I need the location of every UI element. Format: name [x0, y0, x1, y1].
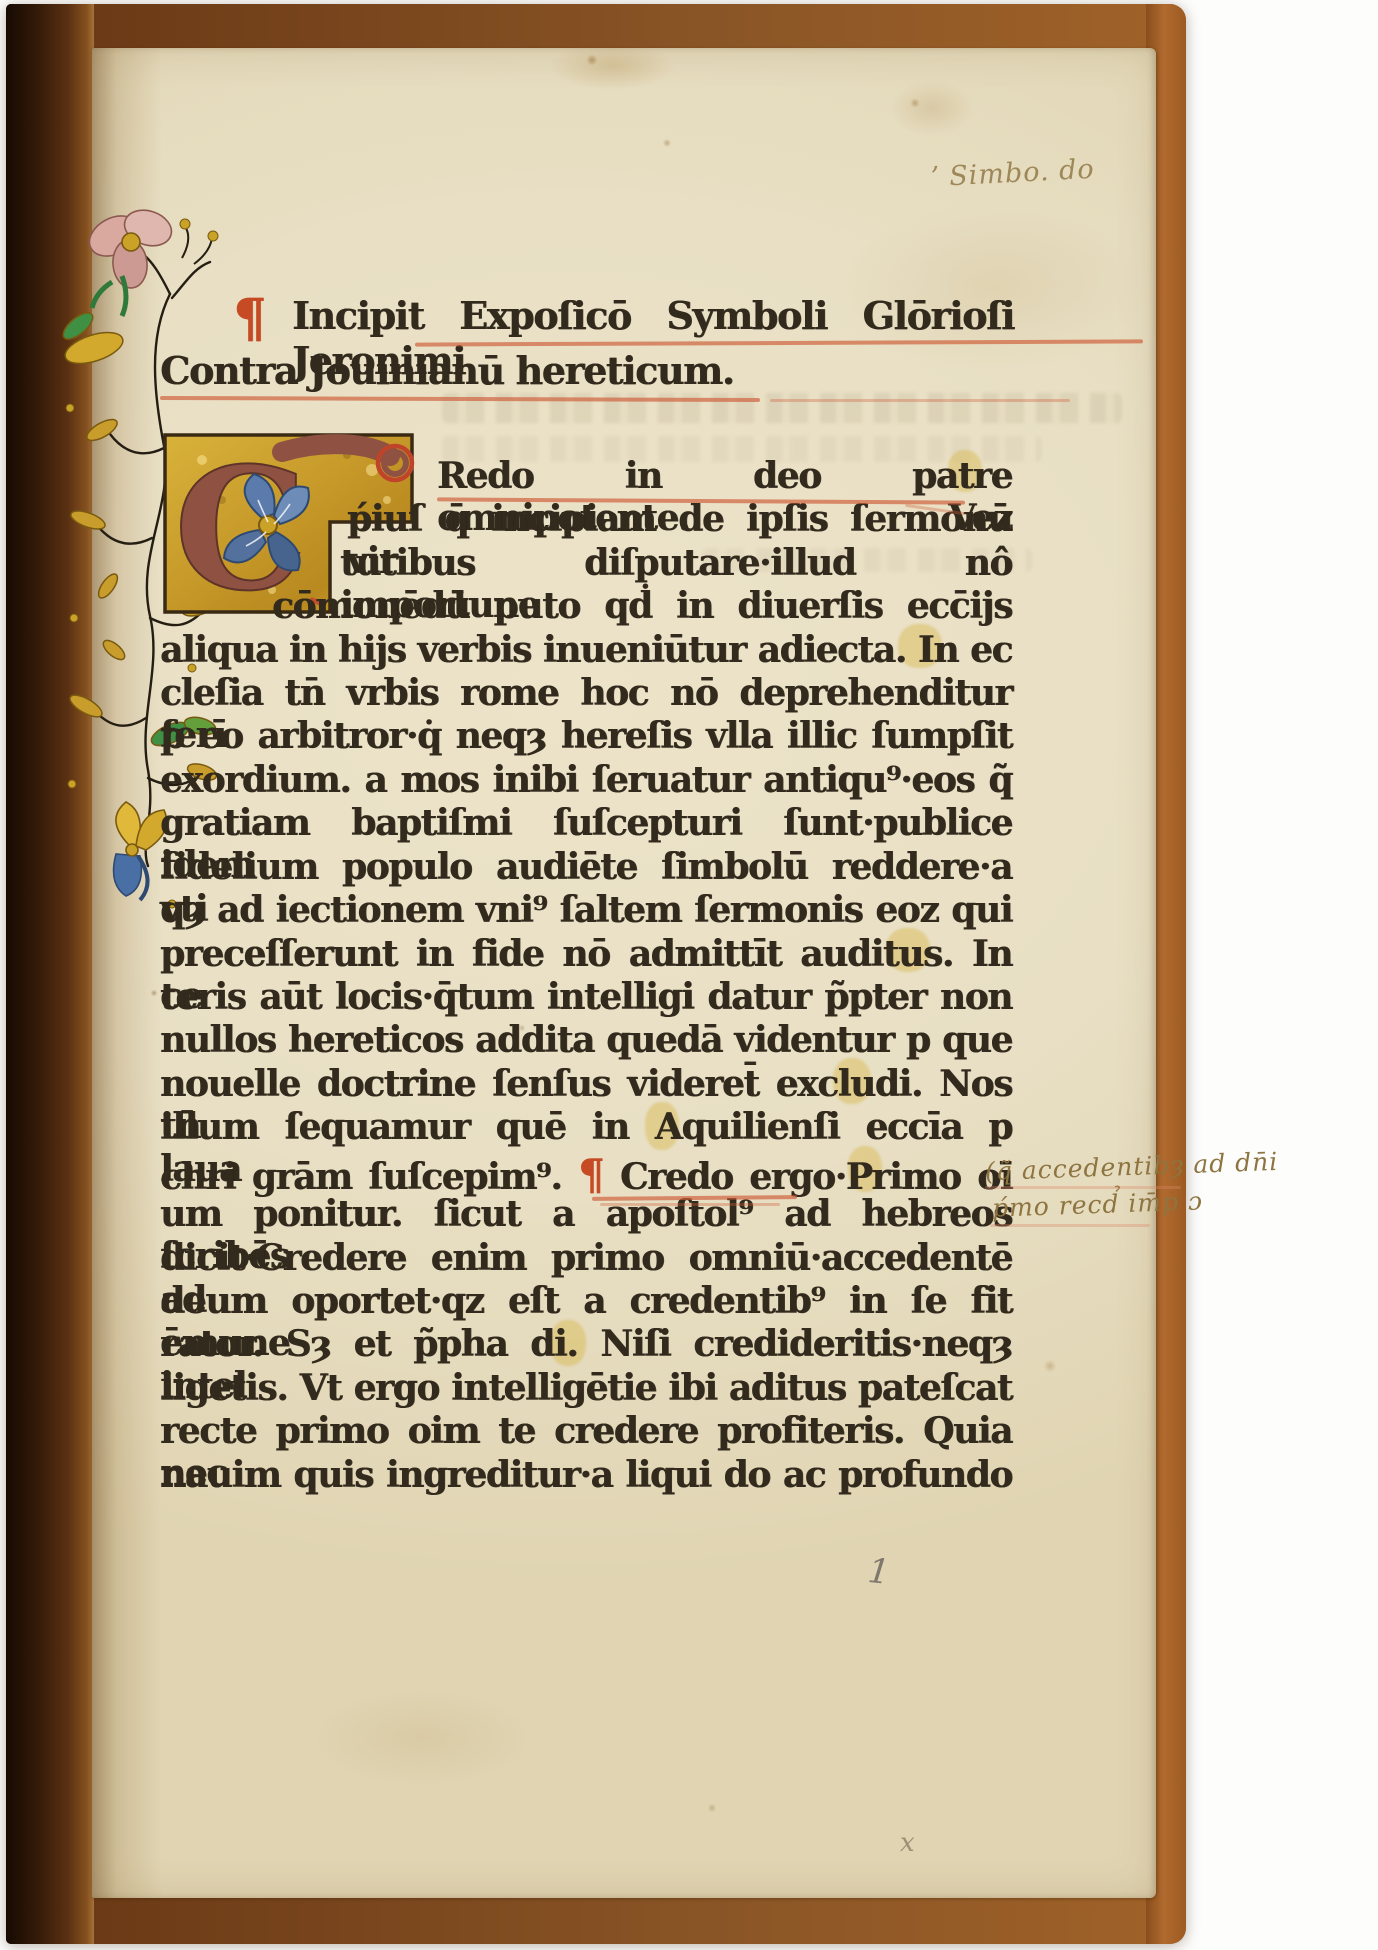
- pink-flower: [83, 204, 176, 316]
- bottom-x-mark: x: [900, 1828, 915, 1858]
- photograph-of-book-page: ʼ Simbo. do: [0, 0, 1378, 1950]
- body-line: qȝ ad iectionem vni⁹ ſaltem ſermonis eoz…: [160, 889, 1012, 931]
- body-line: nauim quis ingreditur·a liqui do ac prof…: [160, 1454, 1012, 1496]
- folio-number: 1: [866, 1551, 892, 1593]
- body-line: teris aūt locis·q̄tum intelligi datur p̃…: [160, 976, 1012, 1018]
- body-line: p eo arbitror·q̇ neqȝ hereſis vlla illic…: [160, 715, 1012, 757]
- heading-line-2: Contra Jouinianū hereticum.: [160, 348, 734, 393]
- red-underline-marginal: [990, 1224, 1150, 1227]
- rubric-pilcrow: ¶: [578, 1150, 603, 1199]
- body-line: ligetis. Vt ergo intelligētie ibi aditus…: [160, 1367, 1012, 1409]
- body-line-segment: chri grām ſuſcepim⁹.: [160, 1156, 578, 1198]
- blue-gold-flower: [114, 802, 167, 900]
- body-line: aliqua in hijs verbis inueniūtur adiecta…: [160, 629, 1012, 671]
- body-line: exordium. a mos inibi ſeruatur antiqu⁹·e…: [160, 759, 1012, 801]
- body-line-with-rubric: chri grām ſuſcepim⁹. ¶ Credo ergo·Primo …: [160, 1150, 1012, 1199]
- rubric-pilcrow: ¶: [233, 288, 266, 349]
- body-line: cōmonēdū puto qḋ in diuerſis ecc̄ijs: [272, 585, 1012, 627]
- red-underline-credo-ergo-2: [600, 1203, 780, 1206]
- red-underline: [770, 399, 1070, 402]
- body-line: nullos hereticos addita quedā videntur p…: [160, 1019, 1012, 1061]
- body-line-segment: Credo ergo·Primo oī: [620, 1156, 1012, 1198]
- red-underline-marginal: [985, 1186, 1181, 1189]
